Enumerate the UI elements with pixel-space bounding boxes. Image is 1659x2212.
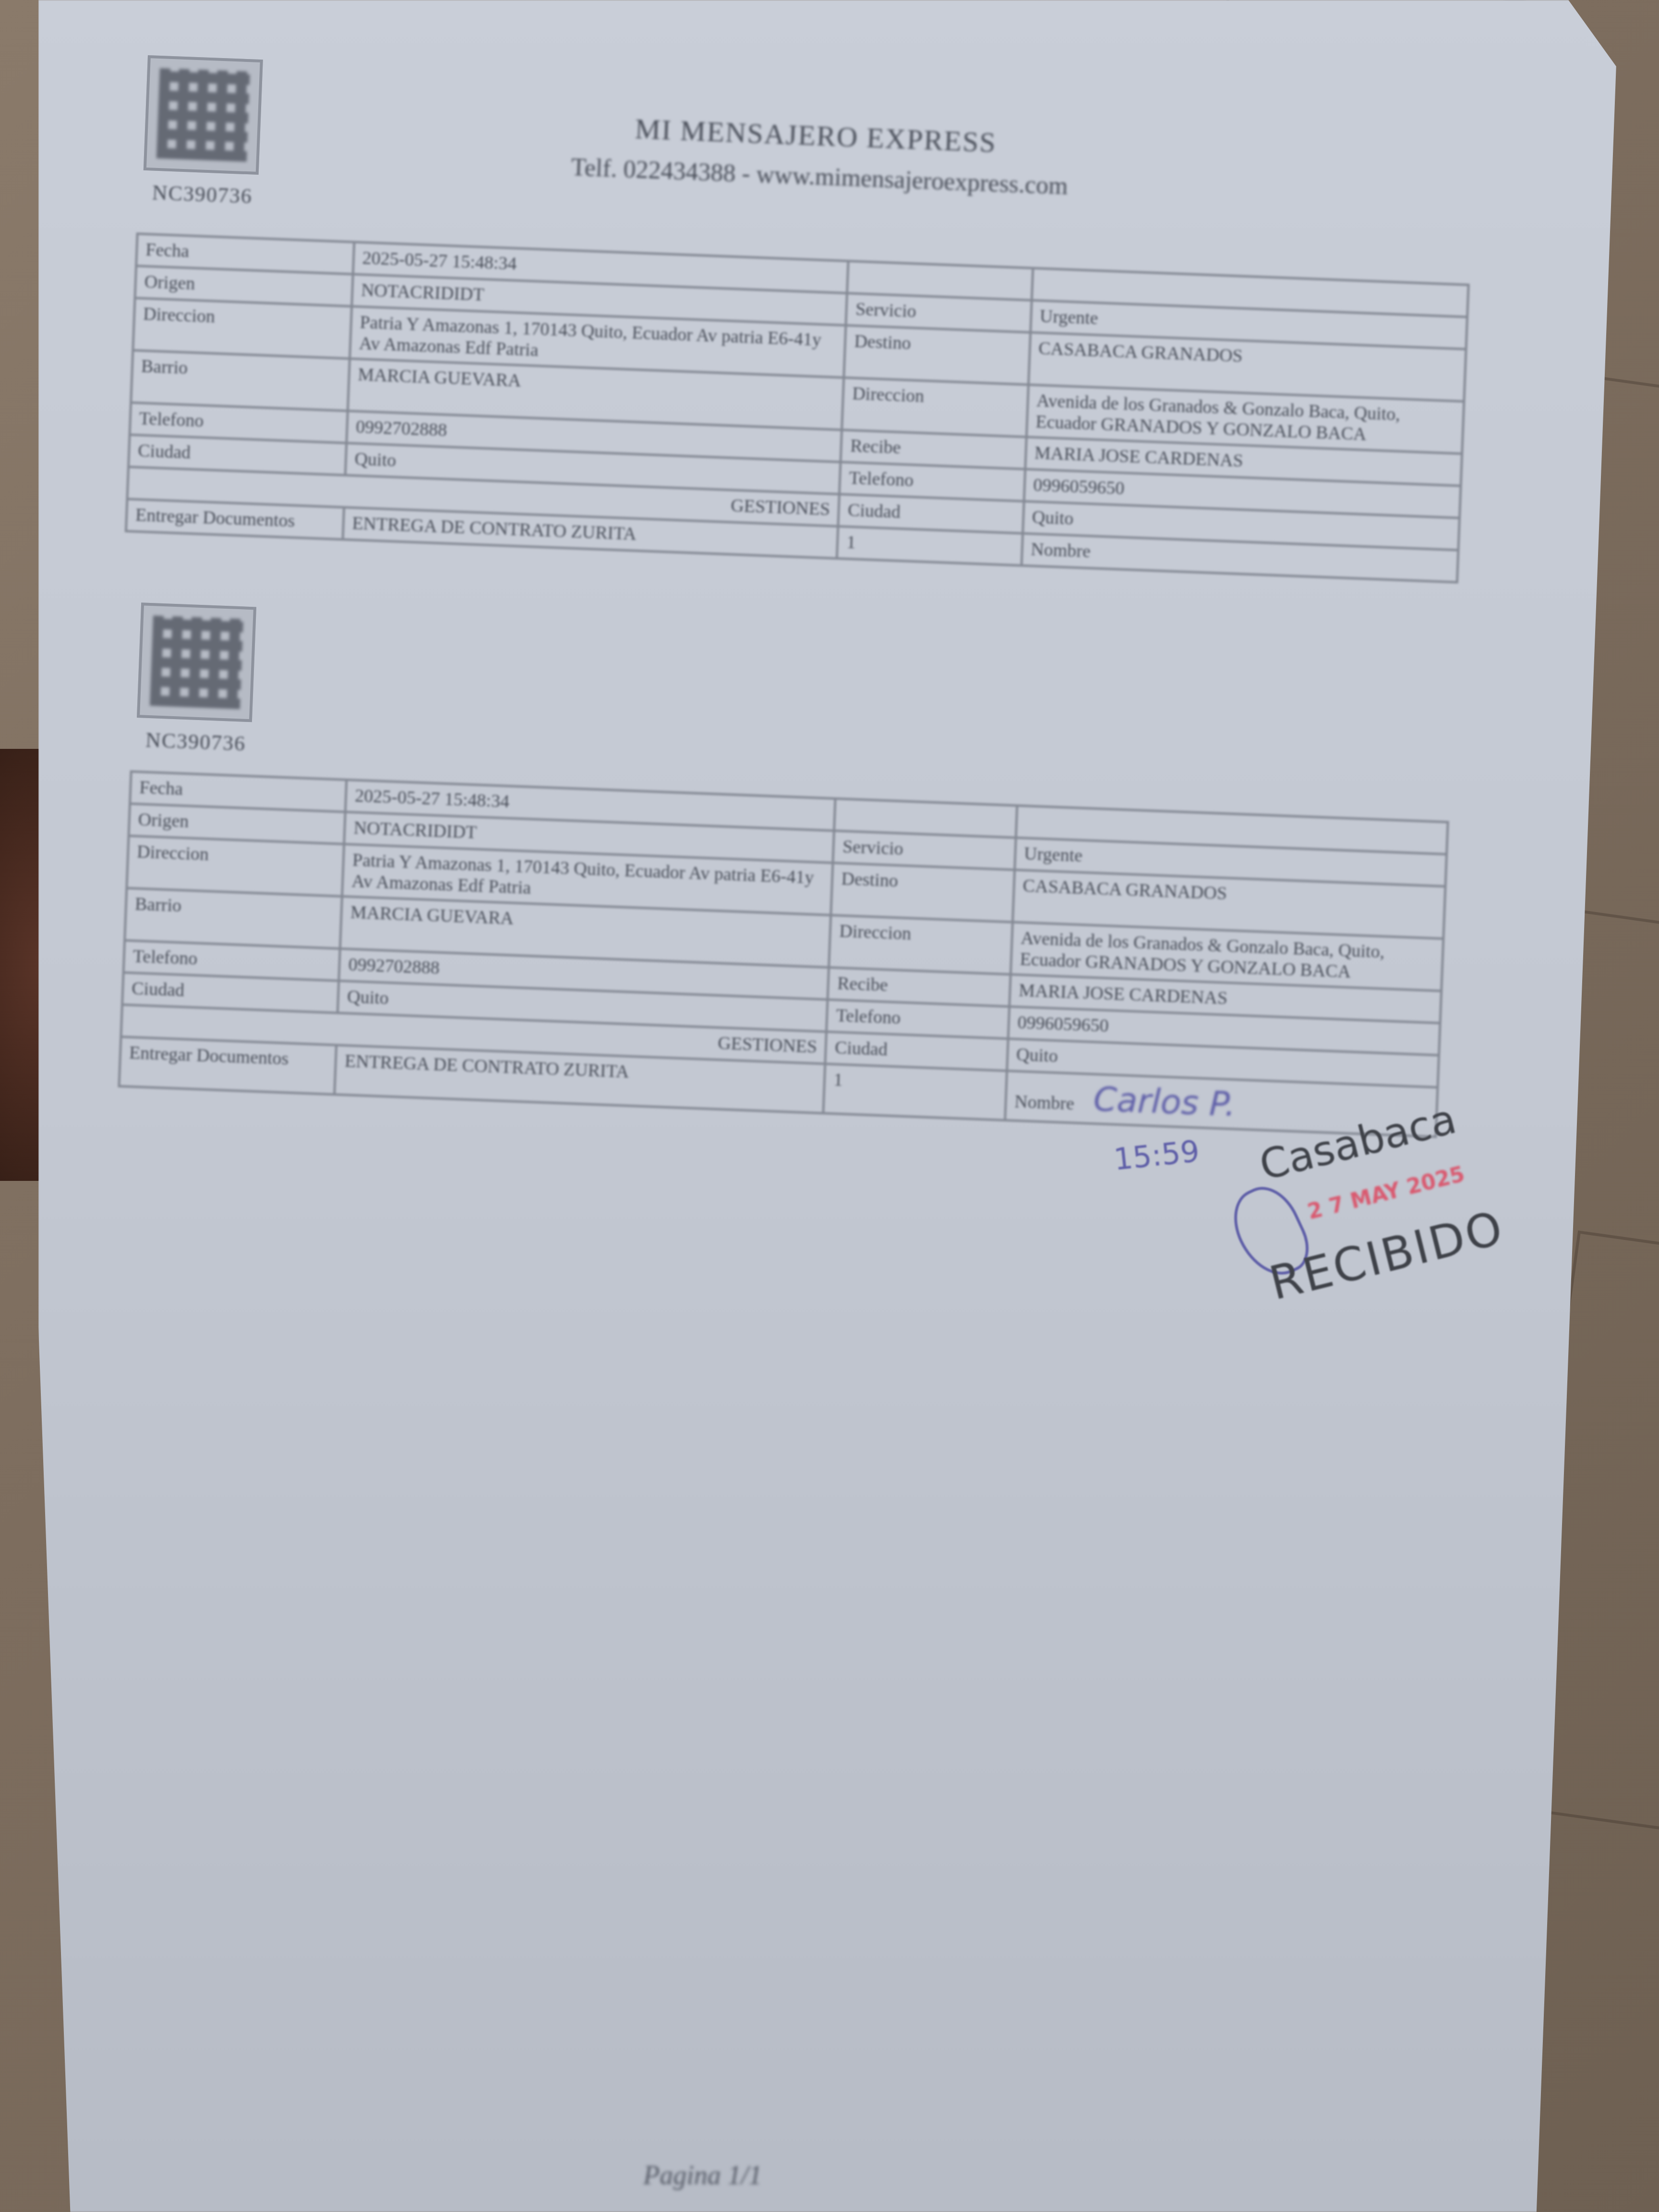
field-label: Destino [844, 325, 1030, 385]
shipping-label-2: Fecha 2025-05-27 15:48:34 Origen NOTACRI… [118, 770, 1449, 1138]
name-label: Nombre [1031, 539, 1091, 562]
tracking-code-1: NC390736 [152, 180, 253, 209]
field-label: Direccion [133, 298, 351, 359]
items-label: Entregar Documentos [119, 1037, 337, 1094]
field-label: Direccion [829, 915, 1012, 974]
qr-code-1 [144, 55, 263, 175]
quantity-value: 1 [837, 526, 1022, 565]
qr-code-2 [137, 602, 256, 722]
name-label: Nombre [1014, 1092, 1075, 1114]
quantity-value: 1 [823, 1064, 1007, 1120]
shipping-label-1: Fecha 2025-05-27 15:48:34 Origen NOTACRI… [125, 232, 1470, 583]
recipient-signature: Carlos P. [1093, 1079, 1236, 1124]
tracking-code-2: NC390736 [145, 728, 246, 756]
field-label: Barrio [125, 888, 342, 949]
field-label: Direccion [127, 836, 344, 896]
page-number: Pagina 1/1 [643, 2160, 762, 2191]
field-label: Barrio [131, 350, 349, 411]
field-label: Direccion [842, 378, 1028, 437]
field-label: Destino [831, 863, 1014, 922]
